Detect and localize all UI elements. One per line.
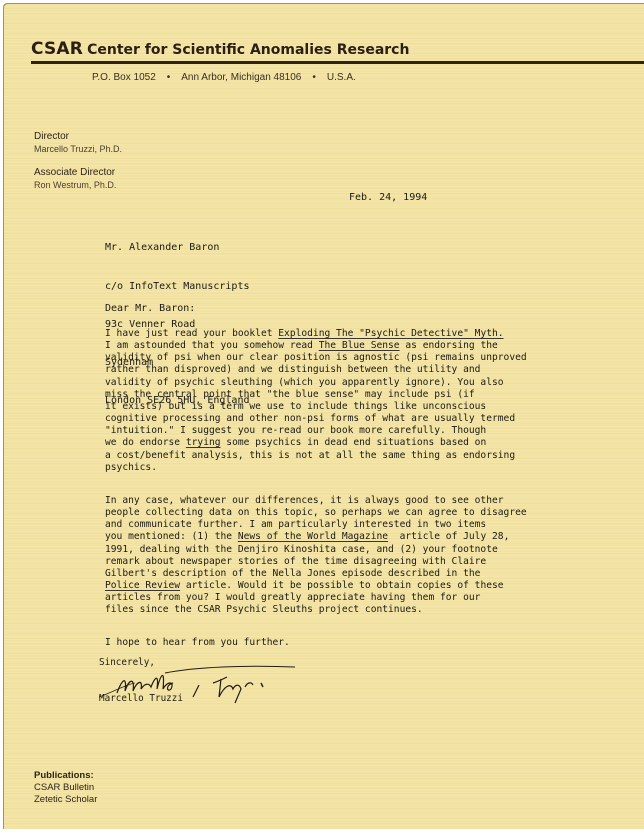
body-text: 1991, dealing with the Denjiro Kinoshita…	[105, 544, 498, 555]
staff-name: Ron Westrum, Ph.D.	[34, 180, 116, 190]
body-text: I hope to hear from you further.	[105, 637, 290, 648]
body-text: a cost/benefit analysis, this is not at …	[105, 450, 515, 461]
salutation: Dear Mr. Baron:	[105, 303, 195, 316]
body-line: psychics.	[105, 462, 527, 474]
letterhead-rule	[31, 61, 644, 64]
body-text: it exists) but is a term we use to inclu…	[105, 401, 486, 412]
body-line: Gilbert's description of the Nella Jones…	[105, 568, 527, 580]
body-line: Police Review article. Would it be possi…	[105, 580, 527, 592]
body-line: I hope to hear from you further.	[105, 637, 290, 649]
body-text: article of July 28,	[388, 531, 509, 542]
body-text: In any case, whatever our differences, i…	[105, 495, 504, 506]
body-line: rather than disproved) and we distinguis…	[105, 364, 527, 376]
country: U.S.A.	[327, 72, 356, 83]
body-line: articles from you? I would greatly appre…	[105, 592, 527, 604]
body-line: validity of psi when our clear position …	[105, 352, 527, 364]
letterhead-title: CSARCenter for Scientific Anomalies Rese…	[31, 39, 409, 59]
body-text: I am astounded that you somehow read	[105, 340, 319, 351]
body-text: some psychics in dead end situations bas…	[221, 437, 487, 448]
body-line: remark about newspaper stories of the ti…	[105, 556, 527, 568]
body-line: I have just read your booklet Exploding …	[105, 328, 527, 340]
body-paragraph: I have just read your booklet Exploding …	[105, 328, 527, 474]
staff-name: Marcello Truzzi, Ph.D.	[34, 144, 122, 154]
letter-page: CSARCenter for Scientific Anomalies Rese…	[3, 3, 644, 829]
bullet-separator: •	[167, 72, 171, 83]
body-line: cognitive processing and other non-psi f…	[105, 413, 527, 425]
body-text: "intuition." I suggest you re-read our b…	[105, 425, 486, 436]
body-text: validity of psychic sleuthing (which you…	[105, 377, 504, 388]
body-text: validity of psi when our clear position …	[105, 352, 527, 363]
body-text: Gilbert's description of the Nella Jones…	[105, 568, 480, 579]
body-text: you mentioned: (1) the	[105, 531, 238, 542]
body-line: miss the central point that "the blue se…	[105, 389, 527, 401]
body-text: psychics.	[105, 462, 157, 473]
signer-name: Marcello Truzzi	[99, 693, 183, 706]
body-line: files since the CSAR Psychic Sleuths pro…	[105, 604, 527, 616]
body-paragraph: In any case, whatever our differences, i…	[105, 495, 527, 617]
publications-heading: Publications:	[34, 770, 97, 782]
body-text: and communicate further. I am particular…	[105, 519, 486, 530]
body-text: as endorsing the	[400, 340, 498, 351]
body-line: a cost/benefit analysis, this is not at …	[105, 450, 527, 462]
publication-item: CSAR Bulletin	[34, 782, 97, 794]
body-text: miss the central point that "the blue se…	[105, 389, 475, 400]
body-line: In any case, whatever our differences, i…	[105, 495, 527, 507]
body-line: and communicate further. I am particular…	[105, 519, 527, 531]
org-acronym: CSAR	[31, 39, 83, 59]
recipient-line: c/o InfoText Manuscripts	[105, 281, 250, 294]
staff-role: Director	[34, 131, 122, 142]
body-line: I am astounded that you somehow read The…	[105, 340, 527, 352]
staff-associate-director: Associate Director Ron Westrum, Ph.D.	[34, 167, 116, 190]
body-line: validity of psychic sleuthing (which you…	[105, 377, 527, 389]
body-text: files since the CSAR Psychic Sleuths pro…	[105, 604, 423, 615]
body-text: people collecting data on this topic, so…	[105, 507, 527, 518]
publication-item: Zetetic Scholar	[34, 794, 97, 806]
body-line: we do endorse trying some psychics in de…	[105, 437, 527, 449]
body-line: people collecting data on this topic, so…	[105, 507, 527, 519]
city: Ann Arbor, Michigan 48106	[181, 72, 301, 83]
body-text: remark about newspaper stories of the ti…	[105, 556, 486, 567]
recipient-line: Mr. Alexander Baron	[105, 242, 250, 255]
body-line: 1991, dealing with the Denjiro Kinoshita…	[105, 544, 527, 556]
staff-director: Director Marcello Truzzi, Ph.D.	[34, 131, 122, 154]
body-text: article. Would it be possible to obtain …	[180, 580, 503, 591]
body-text: cognitive processing and other non-psi f…	[105, 413, 515, 424]
underlined-title: The Blue Sense	[319, 340, 400, 351]
org-name: Center for Scientific Anomalies Research	[87, 42, 409, 58]
body-text: articles from you? I would greatly appre…	[105, 592, 480, 603]
letter-date: Feb. 24, 1994	[349, 192, 427, 205]
body-line: it exists) but is a term we use to inclu…	[105, 401, 527, 413]
body-text: I have just read your booklet	[105, 328, 278, 339]
underlined-title: trying	[186, 437, 221, 448]
letterhead-address: P.O. Box 1052•Ann Arbor, Michigan 48106•…	[92, 72, 356, 83]
underlined-title: Police Review	[105, 580, 180, 591]
body-paragraph: I hope to hear from you further.	[105, 637, 290, 649]
underlined-title: News of the World Magazine	[238, 531, 388, 542]
body-line: you mentioned: (1) the News of the World…	[105, 531, 527, 543]
bullet-separator: •	[312, 72, 316, 83]
publications: Publications: CSAR Bulletin Zetetic Scho…	[34, 770, 97, 806]
underlined-title: Exploding The "Psychic Detective" Myth.	[278, 328, 503, 339]
staff-role: Associate Director	[34, 167, 116, 178]
body-text: we do endorse	[105, 437, 186, 448]
po-box: P.O. Box 1052	[92, 72, 156, 83]
body-line: "intuition." I suggest you re-read our b…	[105, 425, 527, 437]
body-text: rather than disproved) and we distinguis…	[105, 364, 480, 375]
